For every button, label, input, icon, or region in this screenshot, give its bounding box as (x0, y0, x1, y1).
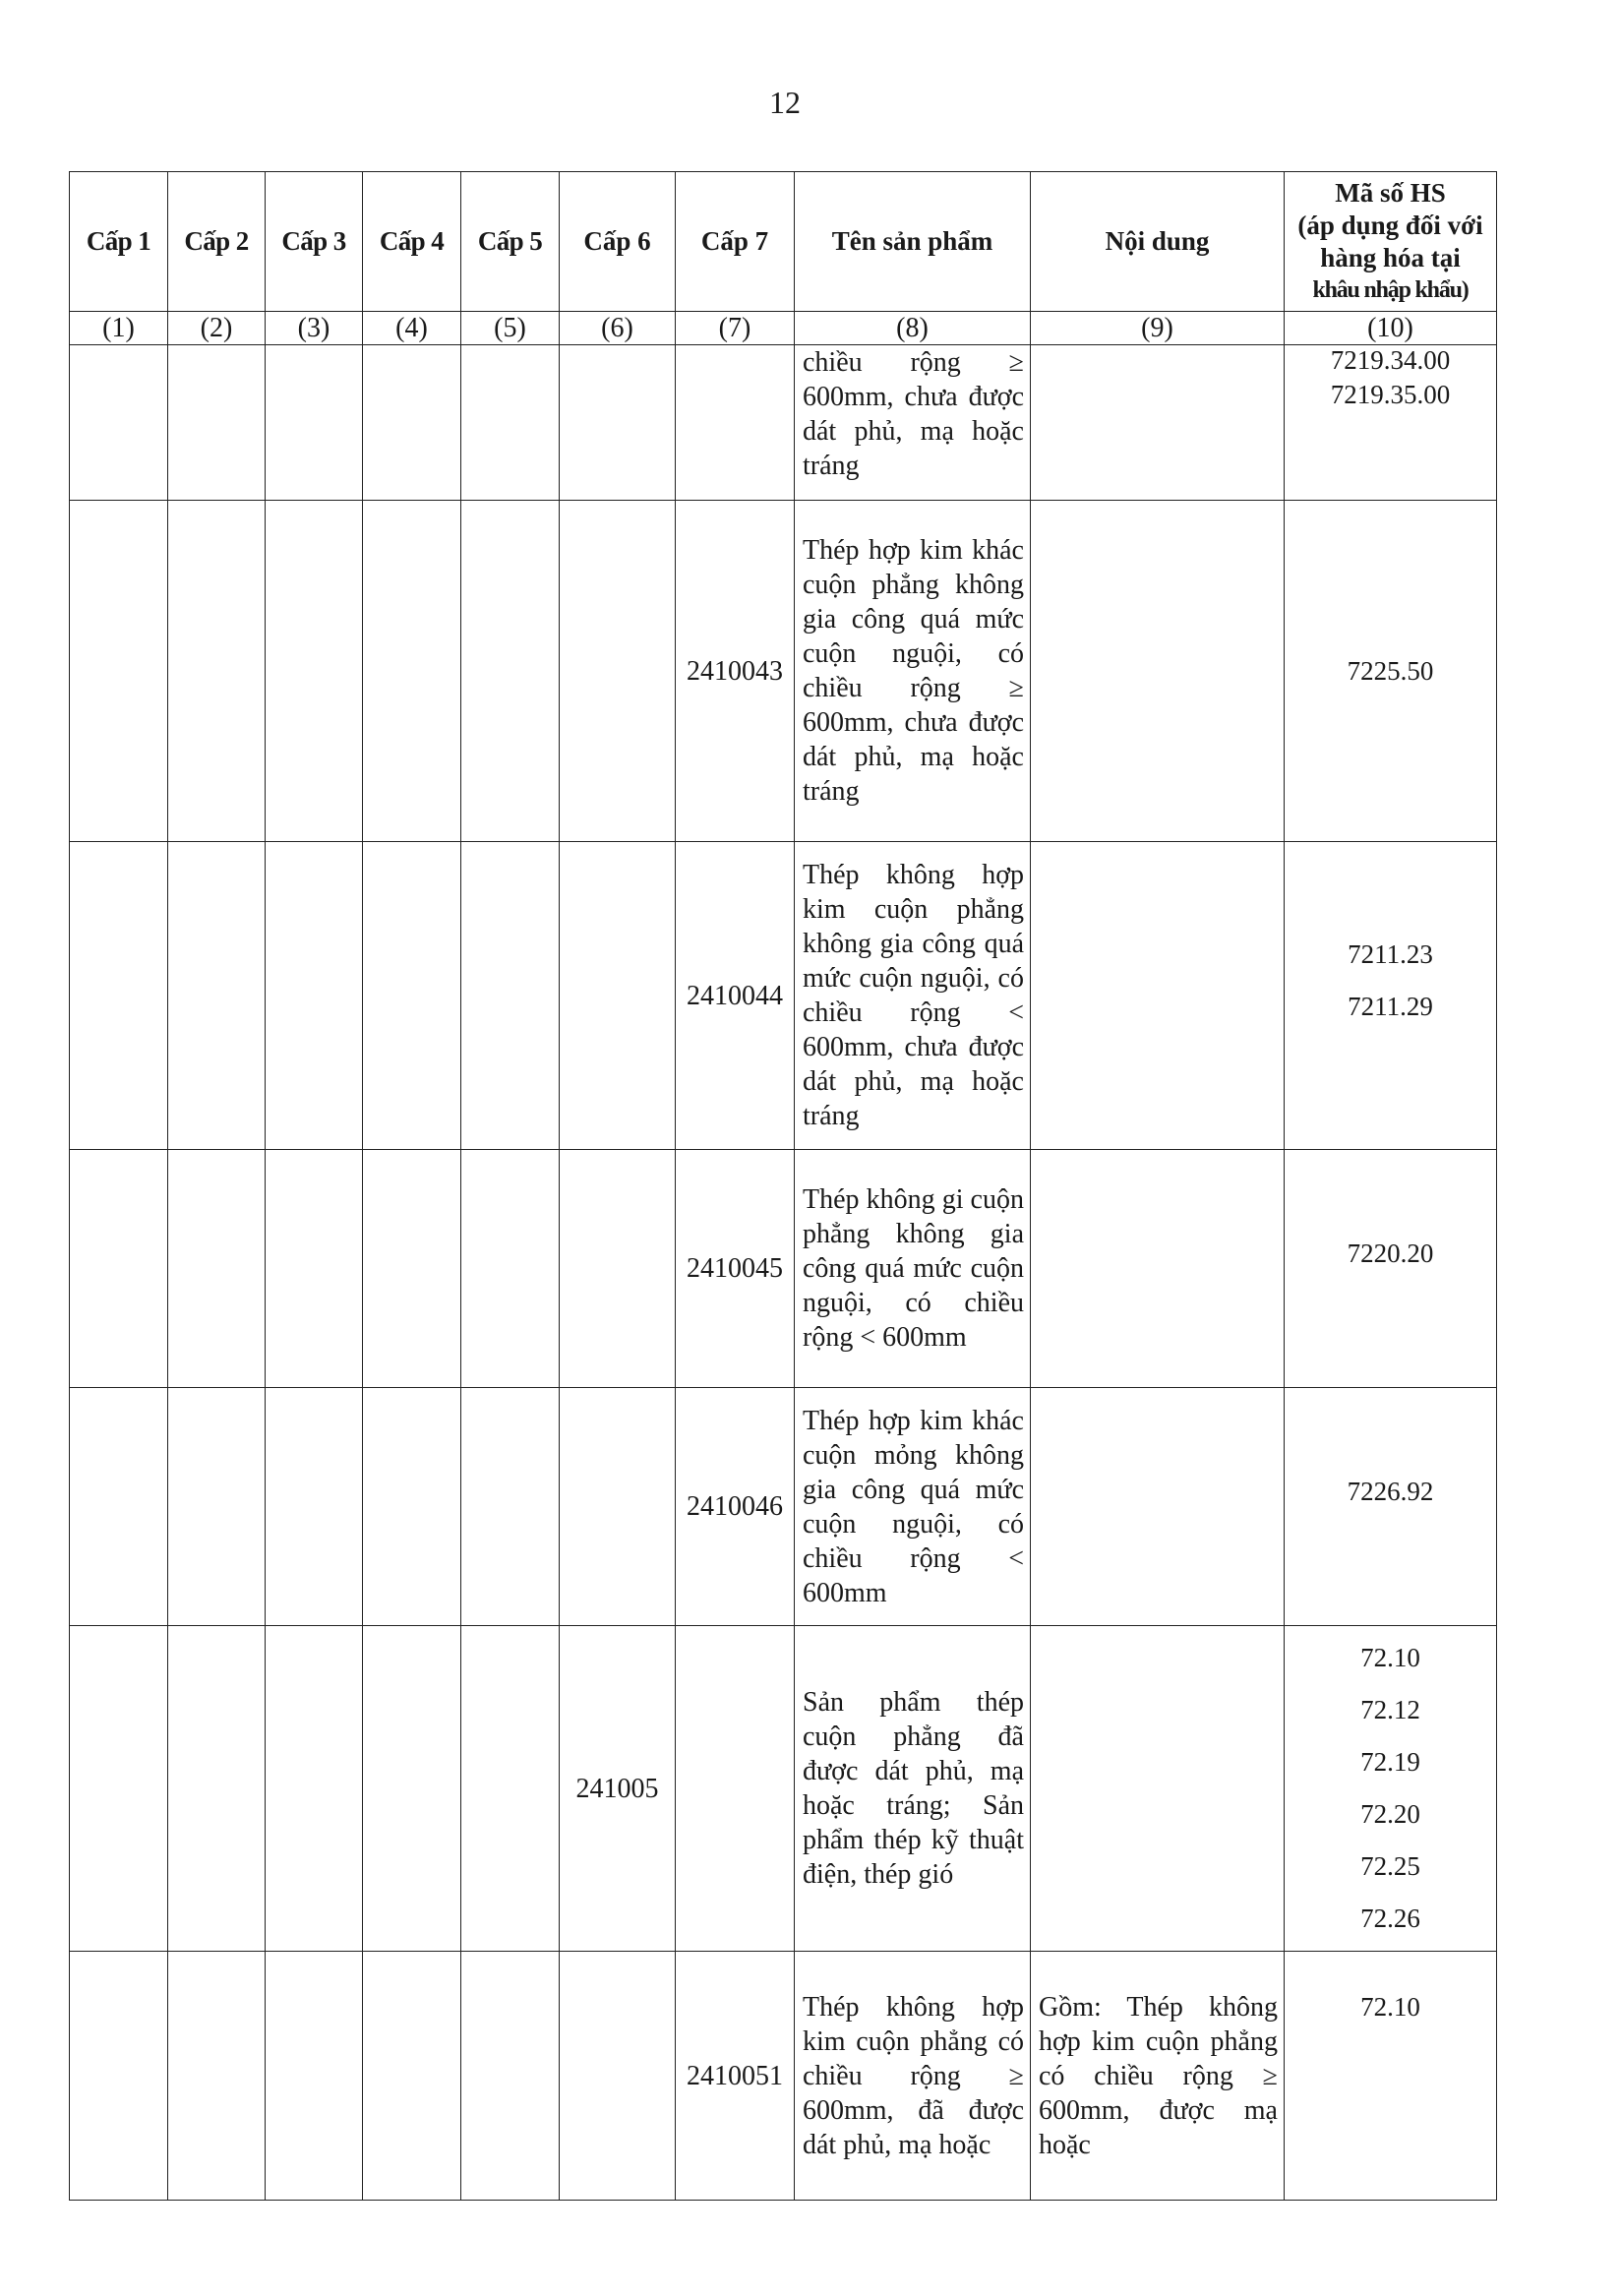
product-name-text: Thép không gi cuộn phẳng không gia công … (803, 1182, 1024, 1355)
cell-cap-2 (167, 1625, 265, 1951)
cell-cap-7: 2410044 (675, 841, 794, 1149)
cell-cap-5 (460, 1625, 559, 1951)
cell-product-name: Thép hợp kim khác cuộn phẳng không gia c… (794, 500, 1030, 841)
header-label: Tên sản phẩm (832, 225, 993, 258)
product-name-text: Thép hợp kim khác cuộn phẳng không gia c… (803, 533, 1024, 809)
hs-header-line: khâu nhập khẩu) (1297, 274, 1482, 307)
cap-7-code: 2410045 (687, 1251, 783, 1286)
column-number-product-name: (8) (794, 311, 1030, 344)
cell-cap-4 (362, 1951, 460, 2201)
content-text: Gồm: Thép không hợp kim cuộn phẳng có ch… (1039, 1990, 1278, 2162)
cell-cap-2 (167, 500, 265, 841)
hs-code-list: 72.10 (1360, 1981, 1420, 2033)
cell-cap-1 (69, 1387, 167, 1625)
cell-cap-1 (69, 1951, 167, 2201)
cell-cap-7: 2410045 (675, 1149, 794, 1387)
column-number-cap-4: (4) (362, 311, 460, 344)
cell-cap-3 (265, 500, 362, 841)
cell-cap-2 (167, 344, 265, 500)
header-cap-1: Cấp 1 (69, 171, 167, 311)
column-number: (5) (494, 311, 526, 345)
cell-cap-5 (460, 1149, 559, 1387)
hs-code: 7219.34.00 (1331, 345, 1451, 375)
hs-code-list: 72.1072.1272.1972.2072.2572.26 (1360, 1632, 1420, 1945)
hs-code: 72.26 (1360, 1893, 1420, 1945)
hs-code: 72.19 (1360, 1736, 1420, 1788)
cell-cap-3 (265, 1387, 362, 1625)
header-label: Cấp 3 (281, 225, 345, 258)
column-number: (3) (298, 311, 330, 345)
header-cap-6: Cấp 6 (559, 171, 675, 311)
cell-cap-7: 2410043 (675, 500, 794, 841)
cell-content (1030, 500, 1284, 841)
cell-content (1030, 344, 1284, 500)
cell-hs-code: 72.1072.1272.1972.2072.2572.26 (1284, 1625, 1497, 1951)
cell-cap-1 (69, 1625, 167, 1951)
cell-cap-5 (460, 841, 559, 1149)
column-number-cap-6: (6) (559, 311, 675, 344)
cell-cap-3 (265, 841, 362, 1149)
hs-code-list: 7226.92 (1348, 1466, 1434, 1518)
cell-cap-2 (167, 1951, 265, 2201)
column-number-content: (9) (1030, 311, 1284, 344)
hs-code-list: 7211.237211.29 (1348, 929, 1433, 1033)
cell-content (1030, 1387, 1284, 1625)
cell-cap-1 (69, 344, 167, 500)
header-label: Cấp 6 (583, 225, 650, 258)
cell-product-name: Thép không hợp kim cuộn phẳng không gia … (794, 841, 1030, 1149)
cell-cap-1 (69, 500, 167, 841)
cell-cap-2 (167, 1149, 265, 1387)
cell-cap-4 (362, 1149, 460, 1387)
header-label: Cấp 4 (380, 225, 444, 258)
cell-cap-4 (362, 841, 460, 1149)
hs-code: 7225.50 (1348, 645, 1434, 697)
cell-cap-6: 241005 (559, 1625, 675, 1951)
product-name-text: Thép không hợp kim cuộn phẳng không gia … (803, 858, 1024, 1133)
cell-content (1030, 1625, 1284, 1951)
header-content: Nội dung (1030, 171, 1284, 311)
hs-header-line: Mã số HS (1297, 177, 1482, 210)
cell-cap-6 (559, 1387, 675, 1625)
column-number: (10) (1367, 311, 1413, 345)
cell-cap-6 (559, 500, 675, 841)
cell-cap-7: 2410046 (675, 1387, 794, 1625)
cell-hs-code: 7219.34.007219.35.00 (1284, 344, 1497, 500)
cell-product-name: chiều rộng ≥ 600mm, chưa được dát phủ, m… (794, 344, 1030, 500)
cell-hs-code: 7225.50 (1284, 500, 1497, 841)
product-name-text: Thép không hợp kim cuộn phẳng có chiều r… (803, 1990, 1024, 2162)
column-number: (9) (1141, 311, 1173, 345)
cell-cap-1 (69, 841, 167, 1149)
hs-code: 7219.35.00 (1331, 375, 1451, 414)
cell-content: Gồm: Thép không hợp kim cuộn phẳng có ch… (1030, 1951, 1284, 2201)
column-number-cap-2: (2) (167, 311, 265, 344)
header-label: Nội dung (1106, 225, 1210, 258)
cap-7-code: 2410044 (687, 979, 783, 1013)
header-cap-3: Cấp 3 (265, 171, 362, 311)
hs-code: 7226.92 (1348, 1466, 1434, 1518)
hs-code: 7211.23 (1348, 929, 1433, 981)
column-number-hs-code: (10) (1284, 311, 1497, 344)
cell-hs-code: 7211.237211.29 (1284, 841, 1497, 1149)
cell-cap-5 (460, 1951, 559, 2201)
column-number: (4) (395, 311, 428, 345)
column-number: (6) (601, 311, 633, 345)
cell-content (1030, 841, 1284, 1149)
cell-content (1030, 1149, 1284, 1387)
cell-product-name: Thép không hợp kim cuộn phẳng có chiều r… (794, 1951, 1030, 2201)
cell-cap-6 (559, 1951, 675, 2201)
cell-cap-2 (167, 1387, 265, 1625)
product-name-text: Thép hợp kim khác cuộn mỏng không gia cô… (803, 1404, 1024, 1610)
header-cap-2: Cấp 2 (167, 171, 265, 311)
column-number: (2) (201, 311, 233, 345)
cell-cap-7: 2410051 (675, 1951, 794, 2201)
header-cap-7: Cấp 7 (675, 171, 794, 311)
cell-cap-6 (559, 1149, 675, 1387)
cell-cap-3 (265, 1951, 362, 2201)
cell-cap-6 (559, 344, 675, 500)
hs-code: 72.10 (1360, 1981, 1420, 2033)
column-number: (7) (719, 311, 751, 345)
hs-code: 72.25 (1360, 1841, 1420, 1893)
hs-code: 72.10 (1360, 1632, 1420, 1684)
cell-product-name: Sản phẩm thép cuộn phẳng đã được dát phủ… (794, 1625, 1030, 1951)
cap-7-code: 2410046 (687, 1489, 783, 1524)
cell-hs-code: 72.10 (1284, 1951, 1497, 2201)
product-name-text: chiều rộng ≥ 600mm, chưa được dát phủ, m… (803, 345, 1024, 483)
cell-cap-4 (362, 1387, 460, 1625)
cell-cap-7 (675, 1625, 794, 1951)
cap-7-code: 2410051 (687, 2059, 783, 2093)
cell-cap-4 (362, 1625, 460, 1951)
hs-code: 72.20 (1360, 1788, 1420, 1841)
cell-product-name: Thép hợp kim khác cuộn mỏng không gia cô… (794, 1387, 1030, 1625)
cell-cap-3 (265, 344, 362, 500)
header-label: Cấp 2 (184, 225, 248, 258)
cell-cap-6 (559, 841, 675, 1149)
column-number: (1) (102, 311, 135, 345)
column-number-cap-7: (7) (675, 311, 794, 344)
cell-cap-1 (69, 1149, 167, 1387)
cell-cap-3 (265, 1625, 362, 1951)
cell-hs-code: 7220.20 (1284, 1149, 1497, 1387)
column-number-cap-1: (1) (69, 311, 167, 344)
hs-header-lines: Mã số HS(áp dụng đối vớihàng hóa tạikhâu… (1297, 177, 1482, 307)
cap-6-code: 241005 (576, 1772, 659, 1806)
hs-header-line: hàng hóa tại (1297, 242, 1482, 274)
header-label: Cấp 7 (701, 225, 768, 258)
cell-cap-5 (460, 1387, 559, 1625)
hs-code-list: 7219.34.007219.35.00 (1331, 345, 1451, 414)
header-cap-4: Cấp 4 (362, 171, 460, 311)
cell-cap-4 (362, 500, 460, 841)
hs-code-list: 7225.50 (1348, 645, 1434, 697)
hs-code: 7211.29 (1348, 981, 1433, 1033)
hs-header-line: (áp dụng đối với (1297, 210, 1482, 242)
column-number: (8) (896, 311, 929, 345)
cell-cap-7 (675, 344, 794, 500)
hs-code: 72.12 (1360, 1684, 1420, 1736)
hs-code: 7220.20 (1348, 1228, 1434, 1280)
header-product-name: Tên sản phẩm (794, 171, 1030, 311)
header-label: Cấp 1 (87, 225, 150, 258)
hs-code-list: 7220.20 (1348, 1228, 1434, 1280)
header-label: Cấp 5 (478, 225, 542, 258)
product-hs-code-table: Cấp 1Cấp 2Cấp 3Cấp 4Cấp 5Cấp 6Cấp 7Tên s… (0, 0, 1621, 2296)
cell-hs-code: 7226.92 (1284, 1387, 1497, 1625)
cap-7-code: 2410043 (687, 654, 783, 689)
product-name-text: Sản phẩm thép cuộn phẳng đã được dát phủ… (803, 1685, 1024, 1892)
cell-cap-3 (265, 1149, 362, 1387)
cell-cap-5 (460, 344, 559, 500)
cell-cap-2 (167, 841, 265, 1149)
header-cap-5: Cấp 5 (460, 171, 559, 311)
header-hs-code: Mã số HS(áp dụng đối vớihàng hóa tạikhâu… (1284, 171, 1497, 311)
cell-cap-5 (460, 500, 559, 841)
column-number-cap-3: (3) (265, 311, 362, 344)
column-number-cap-5: (5) (460, 311, 559, 344)
cell-product-name: Thép không gi cuộn phẳng không gia công … (794, 1149, 1030, 1387)
cell-cap-4 (362, 344, 460, 500)
